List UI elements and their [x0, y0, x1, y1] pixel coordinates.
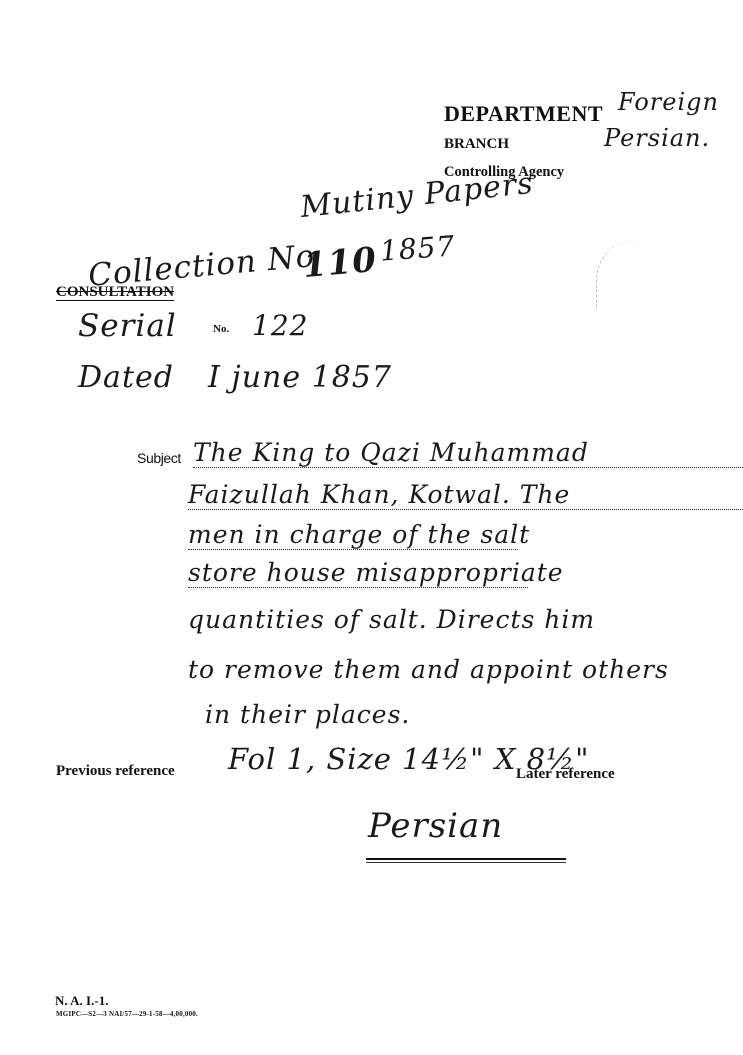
serial-value: 122 [252, 309, 308, 342]
annotation-underline [366, 858, 566, 863]
collection-year: 1857 [379, 229, 456, 267]
print-line: MGIPC—S2—3 NAI/57—29-1-58—4,00,000. [56, 1010, 198, 1018]
subject-line-4: store house misappropriate [188, 558, 528, 588]
serial-handwritten-label: Serial [78, 308, 177, 344]
dated-label: Dated [78, 360, 174, 395]
department-value: Foreign [618, 88, 719, 116]
dated-value: I june 1857 [208, 360, 392, 395]
branch-value: Persian. [604, 124, 710, 152]
subject-line-2: Faizullah Khan, Kotwal. The [188, 480, 743, 510]
branch-label: BRANCH [444, 136, 509, 153]
serial-no-label: No. [213, 323, 229, 335]
subject-line-6: to remove them and appoint others [188, 655, 669, 684]
margin-mark [596, 240, 637, 310]
department-label: DEPARTMENT [444, 101, 603, 127]
controlling-agency-value: Mutiny Papers [299, 166, 535, 225]
later-reference-label: Later reference [516, 766, 615, 783]
subject-line-1: The King to Qazi Muhammad [193, 438, 743, 468]
previous-reference-label: Previous reference [56, 763, 175, 780]
collection-number: 110 [301, 240, 378, 286]
subject-line-7: in their places. [205, 700, 410, 729]
subject-line-5: quantities of salt. Directs him [188, 605, 595, 634]
subject-line-3: men in charge of the salt [188, 520, 518, 550]
subject-label: Subject [137, 450, 181, 466]
bottom-annotation: Persian [368, 806, 503, 846]
consultation-label-struck: CONSULTATION [56, 284, 174, 301]
form-code: N. A. I.-1. [55, 993, 108, 1009]
